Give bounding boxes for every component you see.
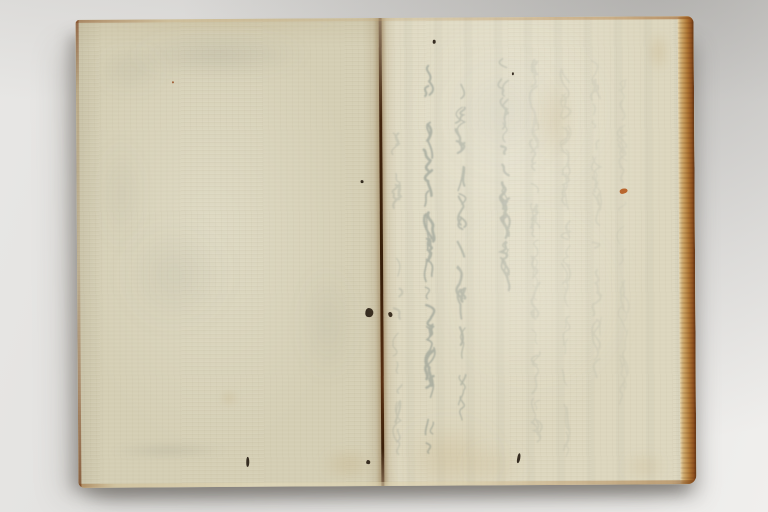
ghost-text-column <box>616 80 630 404</box>
page-smudge <box>93 439 243 462</box>
ghost-text-column <box>590 61 602 378</box>
paper-speck <box>433 40 436 44</box>
ghost-text-column <box>391 133 403 454</box>
paper-speck <box>516 453 521 463</box>
right-page <box>382 16 697 486</box>
open-book <box>76 16 697 488</box>
paper-speck <box>619 188 628 195</box>
paper-speck <box>512 72 514 75</box>
ghost-text-column <box>455 85 467 420</box>
page-smudge <box>216 387 242 409</box>
ghost-text-column <box>423 66 435 453</box>
page-stain <box>412 25 613 196</box>
paper-speck <box>388 311 393 317</box>
page-smudge <box>104 26 334 82</box>
paper-speck <box>172 81 174 83</box>
paper-speck <box>246 457 249 467</box>
page-smudge <box>292 248 363 398</box>
page-smudge <box>86 39 176 100</box>
page-stain <box>437 42 568 183</box>
fore-edge <box>678 16 697 484</box>
paper-speck <box>366 460 371 465</box>
paper-speck <box>365 308 374 318</box>
page-smudge <box>115 214 236 335</box>
page-smudge <box>313 443 383 485</box>
bleed-through-calligraphy <box>382 16 697 486</box>
page-stain <box>644 24 674 79</box>
photo-backdrop <box>0 0 768 512</box>
ghost-text-column <box>560 69 573 456</box>
left-page <box>76 18 382 488</box>
page-stain <box>443 197 624 398</box>
page-stain <box>389 415 510 488</box>
ghost-text-column <box>498 59 510 290</box>
page-stain <box>527 59 583 179</box>
ghost-text-column <box>529 60 542 442</box>
paper-speck <box>360 180 363 183</box>
page-smudge <box>91 119 152 269</box>
